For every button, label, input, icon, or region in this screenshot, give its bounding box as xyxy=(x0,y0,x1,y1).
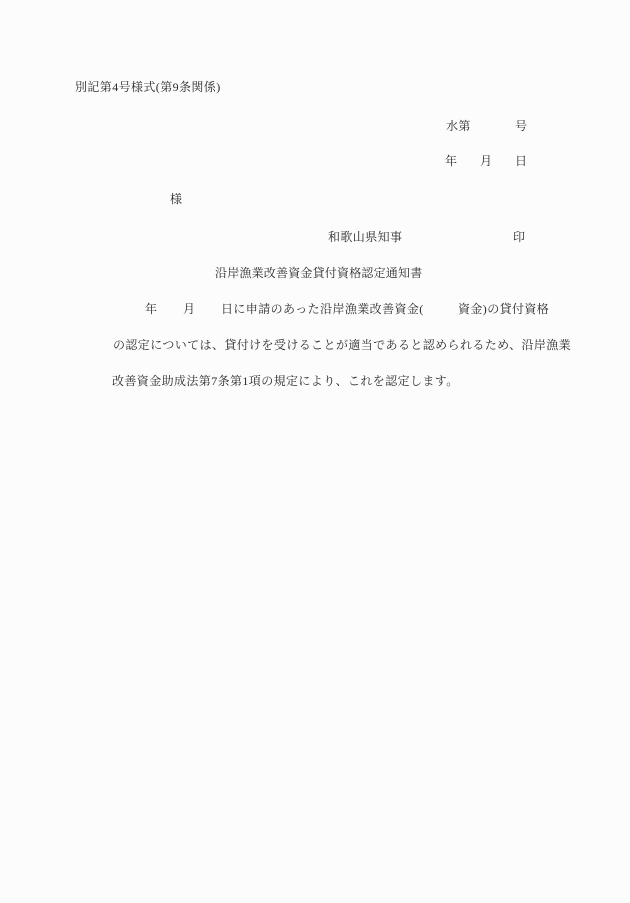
body-line1-tail-text: 資金)の貸付資格 xyxy=(458,302,549,316)
body-line2-text: の認定については、貸付けを受けることが適当であると認められるため、沿岸漁業 xyxy=(113,338,571,352)
doc-number-suffix: 号 xyxy=(515,119,527,133)
date-month-label: 月 xyxy=(480,154,492,168)
body-line1-application-text: 日に申請のあった沿岸漁業改善資金( xyxy=(221,302,424,316)
document-page: 別記第4号様式(第9条関係) 水第 号 年 月 日 様 和歌山県知事 印 沿岸漁… xyxy=(0,0,630,903)
body-line3-text: 改善資金助成法第7条第1項の規定により、これを認定します。 xyxy=(112,374,459,388)
issuer-seal-mark: 印 xyxy=(513,230,525,244)
date-year-label: 年 xyxy=(445,154,457,168)
addressee-honorific: 様 xyxy=(170,192,182,206)
document-title: 沿岸漁業改善資金貸付資格認定通知書 xyxy=(215,266,422,280)
body-line1-year-label: 年 xyxy=(145,302,157,316)
doc-number-prefix: 水第 xyxy=(446,119,471,133)
issuer-title: 和歌山県知事 xyxy=(328,230,402,244)
form-reference: 別記第4号様式(第9条関係) xyxy=(75,80,221,94)
body-line1-month-label: 月 xyxy=(183,302,195,316)
date-day-label: 日 xyxy=(515,154,527,168)
